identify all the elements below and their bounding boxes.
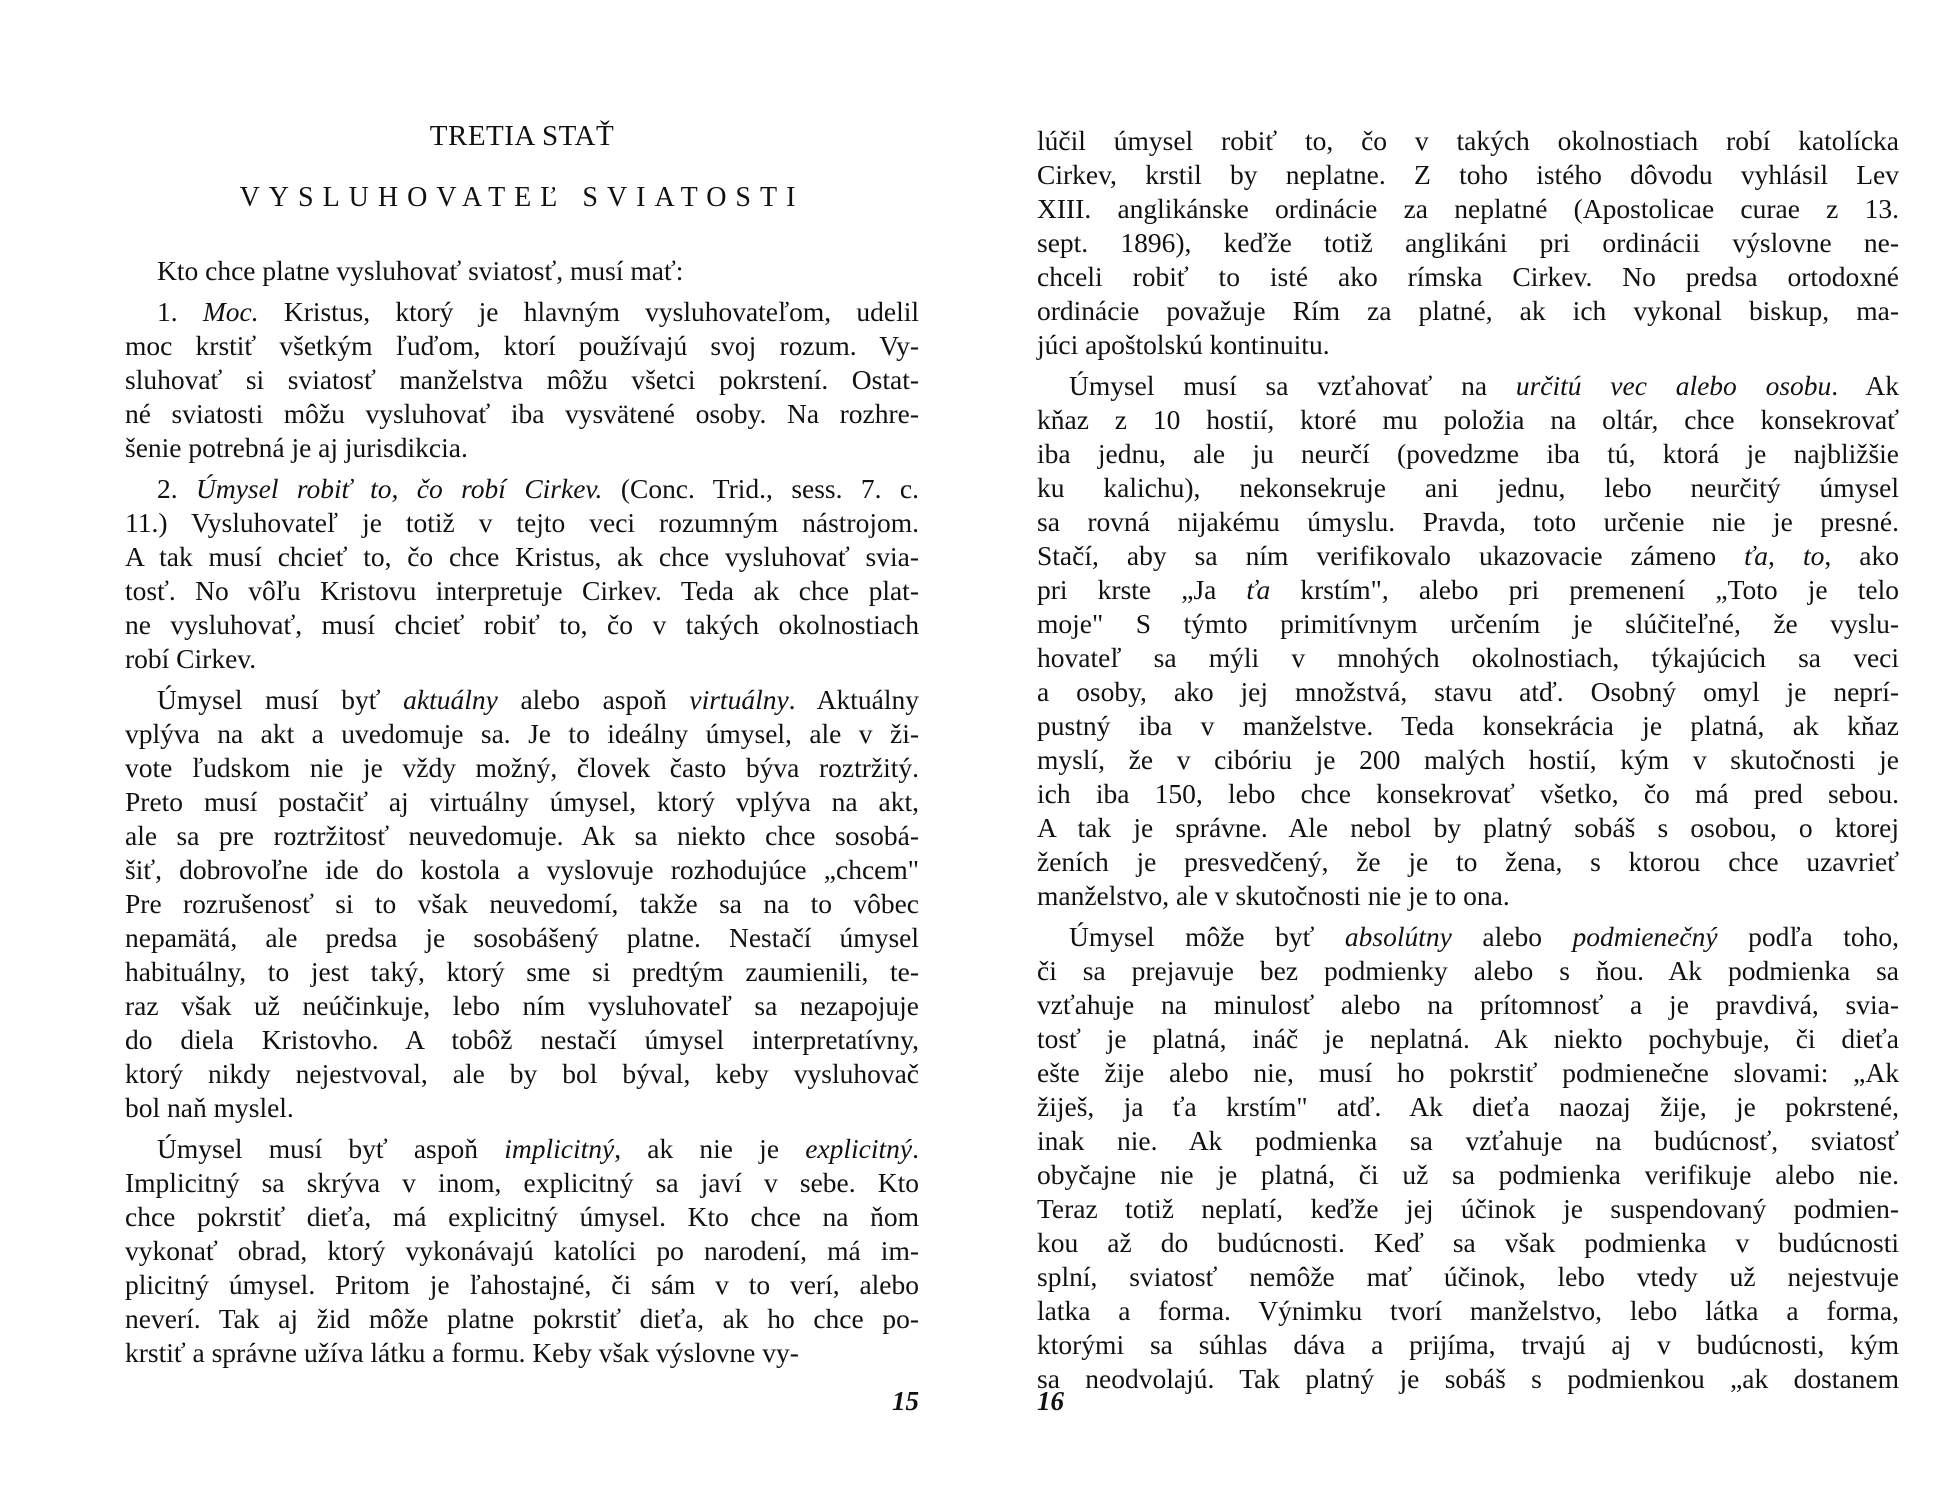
text-line: 2. Úmysel robiť to, čo robí Cirkev. (Con… [125, 472, 919, 506]
section-title: VYSLUHOVATEĽ SVIATOSTI [125, 182, 919, 214]
emphasis: aktuálny [403, 684, 498, 715]
emphasis: ťa [1247, 574, 1271, 605]
paragraph: Úmysel môže byť absolútny alebo podmiene… [1037, 920, 1899, 1396]
text-line: A tak musí chcieť to, čo chce Kristus, a… [125, 540, 919, 574]
text-line: ich iba 150, lebo chce konsekrovať všetk… [1037, 777, 1899, 811]
paragraph: Úmysel musí sa vzťahovať na určitú vec a… [1037, 369, 1899, 913]
text-line: ešte žije alebo nie, musí ho pokrstiť po… [1037, 1056, 1899, 1090]
paragraph: lúčil úmysel robiť to, čo v takých okoln… [1037, 124, 1899, 362]
text-line: Kto chce platne vysluhovať sviatosť, mus… [125, 254, 919, 288]
text-line: sa rovná nijakému úmyslu. Pravda, toto u… [1037, 505, 1899, 539]
text-line: Stačí, aby sa ním verifikovalo ukazovaci… [1037, 539, 1899, 573]
text-line: vote ľudskom nie je vždy možný, človek č… [125, 751, 919, 785]
emphasis: implicitný [504, 1133, 614, 1164]
paragraph: Kto chce platne vysluhovať sviatosť, mus… [125, 254, 919, 288]
text-line: nepamätá, ale predsa je sosobášený platn… [125, 921, 919, 955]
text-line: bol naň myslel. [125, 1091, 919, 1125]
right-page-body: lúčil úmysel robiť to, čo v takých okoln… [1037, 124, 1899, 1403]
text-line: Implicitný sa skrýva v inom, explicitný … [125, 1166, 919, 1200]
text-line: manželstvo, ale v skutočnosti nie je to … [1037, 879, 1899, 913]
paragraph: 2. Úmysel robiť to, čo robí Cirkev. (Con… [125, 472, 919, 676]
text-line: raz však už neúčinkuje, lebo ním vysluho… [125, 989, 919, 1023]
text-line: A tak je správne. Ale nebol by platný so… [1037, 811, 1899, 845]
page-number-right: 16 [1037, 1386, 1064, 1417]
text-line: ordinácie považuje Rím za platné, ak ich… [1037, 294, 1899, 328]
text-line: latka a forma. Výnimku tvorí manželstvo,… [1037, 1294, 1899, 1328]
text-line: 11.) Vysluhovateľ je totiž v tejto veci … [125, 506, 919, 540]
text-line: chce pokrstiť dieťa, má explicitný úmyse… [125, 1200, 919, 1234]
text-line: krstiť a správne užíva látku a formu. Ke… [125, 1336, 919, 1370]
text-line: obyčajne nie je platná, či už sa podmien… [1037, 1158, 1899, 1192]
text-line: ktorými sa súhlas dáva a prijíma, trvajú… [1037, 1328, 1899, 1362]
emphasis: to [1803, 540, 1824, 571]
text-line: vykonať obrad, ktorý vykonávajú katolíci… [125, 1234, 919, 1268]
left-page-body: Kto chce platne vysluhovať sviatosť, mus… [125, 254, 919, 1377]
text-line: vplýva na akt a uvedomuje sa. Je to ideá… [125, 717, 919, 751]
text-line: žiješ, ja ťa krstím" atď. Ak dieťa naoza… [1037, 1090, 1899, 1124]
text-line: ale sa pre roztržitosť neuvedomuje. Ak s… [125, 819, 919, 853]
text-line: myslí, že v cibóriu je 200 malých hostií… [1037, 743, 1899, 777]
text-line: Úmysel musí sa vzťahovať na určitú vec a… [1037, 369, 1899, 403]
text-line: hovateľ sa mýli v mnohých okolnostiach, … [1037, 641, 1899, 675]
text-line: vzťahuje na minulosť alebo na prítomnosť… [1037, 988, 1899, 1022]
emphasis: ťa [1744, 540, 1768, 571]
text-line: a osoby, ako jej množstvá, stavu atď. Os… [1037, 675, 1899, 709]
text-line: né sviatosti môžu vysluhovať iba vysväte… [125, 397, 919, 431]
text-line: robí Cirkev. [125, 642, 919, 676]
text-line: Teraz totiž neplatí, keďže jej účinok je… [1037, 1192, 1899, 1226]
paragraph: Úmysel musí byť aktuálny alebo aspoň vir… [125, 683, 919, 1125]
text-line: sept. 1896), keďže totiž anglikáni pri o… [1037, 226, 1899, 260]
emphasis: Moc. [203, 297, 259, 327]
emphasis: explicitný [805, 1133, 912, 1164]
text-line: či sa prejavuje bez podmienky alebo s ňo… [1037, 954, 1899, 988]
text-line: splní, sviatosť nemôže mať účinok, lebo … [1037, 1260, 1899, 1294]
text-line: plicitný úmysel. Pritom je ľahostajné, č… [125, 1268, 919, 1302]
text-line: tosť. No vôľu Kristovu interpretuje Cirk… [125, 574, 919, 608]
text-line: moc krstiť všetkým ľuďom, ktorí používaj… [125, 329, 919, 363]
text-line: sa neodvolajú. Tak platný je sobáš s pod… [1037, 1362, 1899, 1396]
text-line: do diela Kristovho. A tobôž nestačí úmys… [125, 1023, 919, 1057]
text-line: kou až do budúcnosti. Keď sa však podmie… [1037, 1226, 1899, 1260]
chapter-title: TRETIA STAŤ [125, 120, 919, 153]
text-line: pustný iba v manželstve. Teda konsekráci… [1037, 709, 1899, 743]
text-line: Úmysel môže byť absolútny alebo podmiene… [1037, 920, 1899, 954]
text-line: habituálny, to jest taký, ktorý sme si p… [125, 955, 919, 989]
text-line: 1. Moc. Kristus, ktorý je hlavným vysluh… [125, 295, 919, 329]
page-number-left: 15 [892, 1386, 919, 1417]
text-line: ku kalichu), nekonsekruje ani jednu, leb… [1037, 471, 1899, 505]
text-line: tosť je platná, ináč je neplatná. Ak nie… [1037, 1022, 1899, 1056]
text-line: moje" S týmto primitívnym určením je slú… [1037, 607, 1899, 641]
text-line: Úmysel musí byť aktuálny alebo aspoň vir… [125, 683, 919, 717]
text-line: ktorý nikdy nejestvoval, ale by bol býva… [125, 1057, 919, 1091]
text-line: XIII. anglikánske ordinácie za neplatné … [1037, 192, 1899, 226]
emphasis: podmienečný [1572, 921, 1717, 952]
text-line: chceli robiť to isté ako rímska Cirkev. … [1037, 260, 1899, 294]
text-line: iba jednu, ale ju neurčí (povedzme iba t… [1037, 437, 1899, 471]
emphasis: absolútny [1345, 921, 1452, 952]
text-line: Cirkev, krstil by neplatne. Z toho istéh… [1037, 158, 1899, 192]
text-line: lúčil úmysel robiť to, čo v takých okoln… [1037, 124, 1899, 158]
text-line: Úmysel musí byť aspoň implicitný, ak nie… [125, 1132, 919, 1166]
text-line: kňaz z 10 hostií, ktoré mu položia na ol… [1037, 403, 1899, 437]
paragraph: Úmysel musí byť aspoň implicitný, ak nie… [125, 1132, 919, 1370]
text-line: šenie potrebná je aj jurisdikcia. [125, 431, 919, 465]
text-line: šiť, dobrovoľne ide do kostola a vyslovu… [125, 853, 919, 887]
text-line: Pre rozrušenosť si to však neuvedomí, ta… [125, 887, 919, 921]
emphasis: virtuálny [689, 684, 788, 715]
text-line: Preto musí postačiť aj virtuálny úmysel,… [125, 785, 919, 819]
text-line: pri krste „Ja ťa krstím", alebo pri prem… [1037, 573, 1899, 607]
text-line: inak nie. Ak podmienka sa vzťahuje na bu… [1037, 1124, 1899, 1158]
text-line: júci apoštolskú kontinuitu. [1037, 328, 1899, 362]
text-line: ženích je presvedčený, že je to žena, s … [1037, 845, 1899, 879]
emphasis: Úmysel robiť to, čo robí Cirkev. [196, 474, 602, 504]
emphasis: určitú vec alebo osobu [1516, 371, 1831, 401]
text-line: ne vysluhovať, musí chcieť robiť to, čo … [125, 608, 919, 642]
paragraph: 1. Moc. Kristus, ktorý je hlavným vysluh… [125, 295, 919, 465]
text-line: neverí. Tak aj žid môže platne pokrstiť … [125, 1302, 919, 1336]
text-line: sluhovať si sviatosť manželstva môžu vše… [125, 363, 919, 397]
